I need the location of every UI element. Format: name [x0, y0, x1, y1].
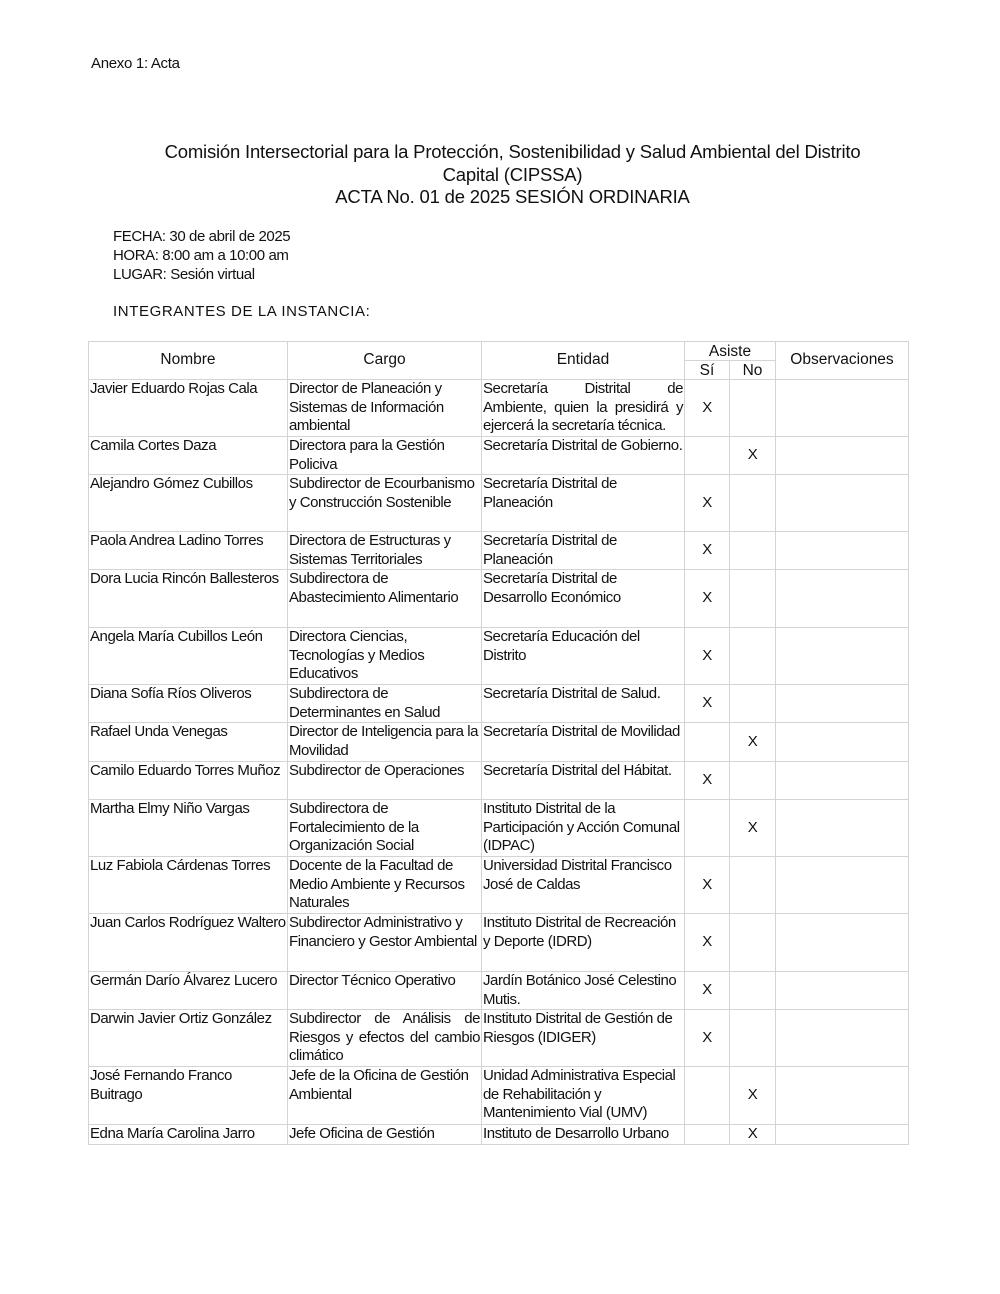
member-name: Camilo Eduardo Torres Muñoz [89, 762, 288, 800]
attendance-si: X [685, 914, 730, 972]
member-name: Camila Cortes Daza [89, 437, 288, 475]
table-row: Javier Eduardo Rojas CalaDirector de Pla… [89, 380, 909, 437]
member-cargo: Subdirector de Operaciones [288, 762, 482, 800]
attendance-no [730, 380, 776, 437]
header-observaciones: Observaciones [776, 342, 909, 380]
table-row: Camila Cortes DazaDirectora para la Gest… [89, 437, 909, 475]
member-name: Alejandro Gómez Cubillos [89, 475, 288, 532]
title-line-acronym: Capital (CIPSSA) [100, 164, 925, 187]
title-line-commission: Comisión Intersectorial para la Protecci… [100, 141, 925, 164]
attendance-no: X [730, 1067, 776, 1125]
member-observaciones [776, 1067, 909, 1125]
member-cargo: Jefe Oficina de Gestión [288, 1125, 482, 1145]
member-name: Germán Darío Álvarez Lucero [89, 972, 288, 1010]
member-entidad: Instituto Distrital de Gestión de Riesgo… [482, 1010, 685, 1067]
table-row: Darwin Javier Ortiz GonzálezSubdirector … [89, 1010, 909, 1067]
member-entidad: Instituto Distrital de Recreación y Depo… [482, 914, 685, 972]
attendance-no [730, 1010, 776, 1067]
member-cargo: Directora para la Gestión Policiva [288, 437, 482, 475]
attendance-no: X [730, 1125, 776, 1145]
member-name: Paola Andrea Ladino Torres [89, 532, 288, 570]
table-row: Diana Sofía Ríos OliverosSubdirectora de… [89, 685, 909, 723]
attendance-no [730, 762, 776, 800]
member-name: Dora Lucia Rincón Ballesteros [89, 570, 288, 628]
member-observaciones [776, 857, 909, 914]
attendance-si: X [685, 857, 730, 914]
member-observaciones [776, 914, 909, 972]
header-si: Sí [685, 361, 730, 380]
member-observaciones [776, 475, 909, 532]
member-observaciones [776, 723, 909, 762]
attendance-si: X [685, 570, 730, 628]
member-entidad: Secretaría Educación del Distrito [482, 628, 685, 685]
member-entidad: Secretaría Distrital de Ambiente, quien … [482, 380, 685, 437]
member-observaciones [776, 1125, 909, 1145]
attendance-no [730, 628, 776, 685]
member-cargo: Director de Planeación y Sistemas de Inf… [288, 380, 482, 437]
member-name: Edna María Carolina Jarro [89, 1125, 288, 1145]
table-row: Rafael Unda VenegasDirector de Inteligen… [89, 723, 909, 762]
annex-label: Anexo 1: Acta [91, 55, 180, 72]
member-name: Juan Carlos Rodríguez Waltero [89, 914, 288, 972]
member-observaciones [776, 1010, 909, 1067]
attendance-si: X [685, 532, 730, 570]
attendance-si: X [685, 972, 730, 1010]
attendance-si: X [685, 685, 730, 723]
attendance-no [730, 570, 776, 628]
member-entidad: Secretaría Distrital de Salud. [482, 685, 685, 723]
member-cargo: Docente de la Facultad de Medio Ambiente… [288, 857, 482, 914]
member-cargo: Jefe de la Oficina de Gestión Ambiental [288, 1067, 482, 1125]
header-cargo: Cargo [288, 342, 482, 380]
table-row: Paola Andrea Ladino TorresDirectora de E… [89, 532, 909, 570]
member-name: Martha Elmy Niño Vargas [89, 800, 288, 857]
member-name: Angela María Cubillos León [89, 628, 288, 685]
member-cargo: Directora Ciencias, Tecnologías y Medios… [288, 628, 482, 685]
member-observaciones [776, 800, 909, 857]
header-asiste: Asiste [685, 342, 776, 361]
member-name: José Fernando Franco Buitrago [89, 1067, 288, 1125]
document-title: Comisión Intersectorial para la Protecci… [100, 141, 925, 209]
header-nombre: Nombre [89, 342, 288, 380]
member-cargo: Subdirectora de Abastecimiento Alimentar… [288, 570, 482, 628]
attendance-no [730, 475, 776, 532]
meeting-time: HORA: 8:00 am a 10:00 am [113, 246, 290, 265]
attendance-no: X [730, 437, 776, 475]
member-entidad: Secretaría Distrital del Hábitat. [482, 762, 685, 800]
attendance-si: X [685, 628, 730, 685]
member-cargo: Director Técnico Operativo [288, 972, 482, 1010]
member-entidad: Secretaría Distrital de Movilidad [482, 723, 685, 762]
member-entidad: Secretaría Distrital de Planeación [482, 475, 685, 532]
member-entidad: Unidad Administrativa Especial de Rehabi… [482, 1067, 685, 1125]
title-line-acta: ACTA No. 01 de 2025 SESIÓN ORDINARIA [100, 186, 925, 209]
member-observaciones [776, 532, 909, 570]
member-cargo: Subdirector de Análisis de Riesgos y efe… [288, 1010, 482, 1067]
member-entidad: Secretaría Distrital de Gobierno. [482, 437, 685, 475]
meeting-place: LUGAR: Sesión virtual [113, 265, 290, 284]
attendance-si [685, 1067, 730, 1125]
section-title: INTEGRANTES DE LA INSTANCIA: [113, 303, 370, 320]
member-name: Javier Eduardo Rojas Cala [89, 380, 288, 437]
member-entidad: Universidad Distrital Francisco José de … [482, 857, 685, 914]
member-observaciones [776, 628, 909, 685]
attendance-no: X [730, 723, 776, 762]
attendance-no [730, 914, 776, 972]
member-name: Rafael Unda Venegas [89, 723, 288, 762]
member-cargo: Director de Inteligencia para la Movilid… [288, 723, 482, 762]
header-no: No [730, 361, 776, 380]
attendance-si [685, 800, 730, 857]
table-row: José Fernando Franco BuitragoJefe de la … [89, 1067, 909, 1125]
member-name: Darwin Javier Ortiz González [89, 1010, 288, 1067]
member-entidad: Instituto Distrital de la Participación … [482, 800, 685, 857]
member-name: Diana Sofía Ríos Oliveros [89, 685, 288, 723]
member-observaciones [776, 972, 909, 1010]
table-row: Dora Lucia Rincón BallesterosSubdirector… [89, 570, 909, 628]
table-row: Germán Darío Álvarez LuceroDirector Técn… [89, 972, 909, 1010]
table-row: Camilo Eduardo Torres MuñozSubdirector d… [89, 762, 909, 800]
header-entidad: Entidad [482, 342, 685, 380]
table-row: Martha Elmy Niño VargasSubdirectora de F… [89, 800, 909, 857]
attendance-si: X [685, 762, 730, 800]
member-name: Luz Fabiola Cárdenas Torres [89, 857, 288, 914]
member-observaciones [776, 570, 909, 628]
attendance-si: X [685, 475, 730, 532]
member-entidad: Secretaría Distrital de Planeación [482, 532, 685, 570]
attendance-si [685, 437, 730, 475]
member-entidad: Secretaría Distrital de Desarrollo Econó… [482, 570, 685, 628]
member-cargo: Directora de Estructuras y Sistemas Terr… [288, 532, 482, 570]
attendance-no: X [730, 800, 776, 857]
attendance-si [685, 723, 730, 762]
table-row: Edna María Carolina JarroJefe Oficina de… [89, 1125, 909, 1145]
member-cargo: Subdirectora de Determinantes en Salud [288, 685, 482, 723]
attendance-si: X [685, 380, 730, 437]
member-observaciones [776, 685, 909, 723]
meeting-details: FECHA: 30 de abril de 2025 HORA: 8:00 am… [113, 227, 290, 284]
attendance-no [730, 532, 776, 570]
meeting-date: FECHA: 30 de abril de 2025 [113, 227, 290, 246]
attendance-no [730, 972, 776, 1010]
table-row: Luz Fabiola Cárdenas TorresDocente de la… [89, 857, 909, 914]
members-table: Nombre Cargo Entidad Asiste Observacione… [88, 341, 909, 1145]
table-row: Angela María Cubillos LeónDirectora Cien… [89, 628, 909, 685]
member-cargo: Subdirector Administrativo y Financiero … [288, 914, 482, 972]
member-cargo: Subdirectora de Fortalecimiento de la Or… [288, 800, 482, 857]
member-entidad: Jardín Botánico José Celestino Mutis. [482, 972, 685, 1010]
table-row: Juan Carlos Rodríguez WalteroSubdirector… [89, 914, 909, 972]
member-observaciones [776, 437, 909, 475]
attendance-si [685, 1125, 730, 1145]
member-cargo: Subdirector de Ecourbanismo y Construcci… [288, 475, 482, 532]
member-observaciones [776, 762, 909, 800]
member-entidad: Instituto de Desarrollo Urbano [482, 1125, 685, 1145]
table-row: Alejandro Gómez CubillosSubdirector de E… [89, 475, 909, 532]
attendance-no [730, 857, 776, 914]
attendance-no [730, 685, 776, 723]
attendance-si: X [685, 1010, 730, 1067]
member-observaciones [776, 380, 909, 437]
